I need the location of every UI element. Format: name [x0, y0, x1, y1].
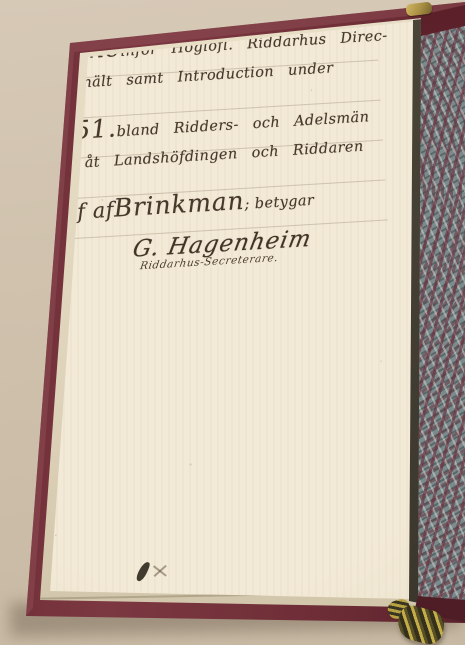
line1-text: den	[134, 1, 163, 19]
line6-betygar: ; betygar	[244, 193, 315, 213]
line1-day: 15.	[161, 0, 205, 19]
ink-blot	[135, 560, 151, 582]
line4-no: N:o	[14, 129, 42, 147]
line1-year: År 1817	[26, 0, 135, 27]
line4-text: bland Ridders- och Adelsmän	[116, 109, 370, 140]
